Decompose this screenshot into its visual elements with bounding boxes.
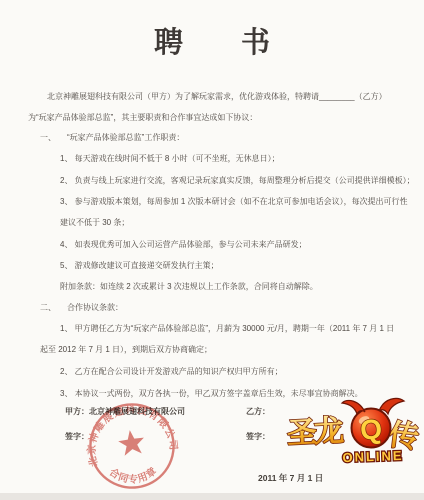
section-2-item-1-continued: 起至 2012 年 7 月 1 日），到期后双方协商确定；: [40, 344, 212, 355]
section-1-item-1: 1、 每天游戏在线时间不低于 8 小时（可不坐班，无休息日）；: [60, 153, 280, 164]
seal-company-text: 北京神雕展翅科技有限公司: [84, 398, 180, 468]
section-1-heading: “玩家产品体验部总监”工作职责：: [67, 132, 184, 143]
logo-q-letter: Q: [359, 413, 384, 446]
section-1-number: 一、: [40, 132, 56, 143]
intro-line-1: 北京神雕展翅科技有限公司（甲方）为了解玩家需求，优化游戏体验，特聘请______…: [47, 91, 387, 102]
section-1-item-5: 5、 游戏修改建议可直接递交研发执行主策；: [60, 260, 219, 271]
document-date: 2011 年 7 月 1 日: [258, 472, 323, 484]
intro-line-2: 为“玩家产品体验部总监”，其主要职责和合作事宜达成如下协议：: [28, 112, 257, 123]
party-b-sign-label: 签字：: [246, 431, 270, 442]
section-1-item-2: 2、 负责与线上玩家进行交流，客观记录玩家真实反馈，每周整理分析后提交（公司提供…: [60, 175, 415, 186]
logo-text-shenglong: 圣龙: [286, 415, 345, 451]
svg-text:北京神雕展翅科技有限公司: 北京神雕展翅科技有限公司: [84, 398, 180, 468]
logo-online-text: ONLINE: [342, 448, 404, 465]
document-title: 聘 书: [0, 20, 424, 61]
section-2-item-2: 2、 乙方在配合公司设计开发游戏产品的知识产权归甲方所有；: [60, 366, 283, 377]
game-logo: 圣龙 传 Q ONLINE: [285, 397, 423, 467]
section-1-item-3: 3、 参与游戏版本策划，每周参加 1 次版本研讨会（如不在北京可参加电话会议），…: [60, 196, 408, 207]
section-2-item-1: 1、 甲方聘任乙方为“玩家产品体验部总监”，月薪为 30000 元/月，聘期一年…: [60, 323, 394, 334]
section-2-heading: 合作协议条款：: [67, 302, 123, 313]
section-1-item-3-continued: 建议不低于 30 条；: [60, 217, 129, 228]
document-page: 聘 书 北京神雕展翅科技有限公司（甲方）为了解玩家需求，优化游戏体验，特聘请__…: [0, 0, 424, 500]
svg-text:合同专用章: 合同专用章: [106, 459, 161, 490]
party-b-line: 乙方：: [246, 406, 270, 417]
seal-caption-text: 合同专用章: [106, 459, 161, 490]
seal-star-icon: [117, 428, 146, 456]
scan-edge-bar: [0, 493, 424, 500]
section-1-item-4: 4、 如表现优秀可加入公司运营产品体验部，参与公司未来产品研发；: [60, 239, 307, 250]
official-seal-stamp: 北京神雕展翅科技有限公司 合同专用章: [84, 398, 180, 494]
section-2-number: 二、: [40, 302, 56, 313]
section-1-additional-terms: 附加条款：如连续 2 次或累计 3 次违规以上工作条款，合同将自动解除。: [60, 281, 318, 292]
